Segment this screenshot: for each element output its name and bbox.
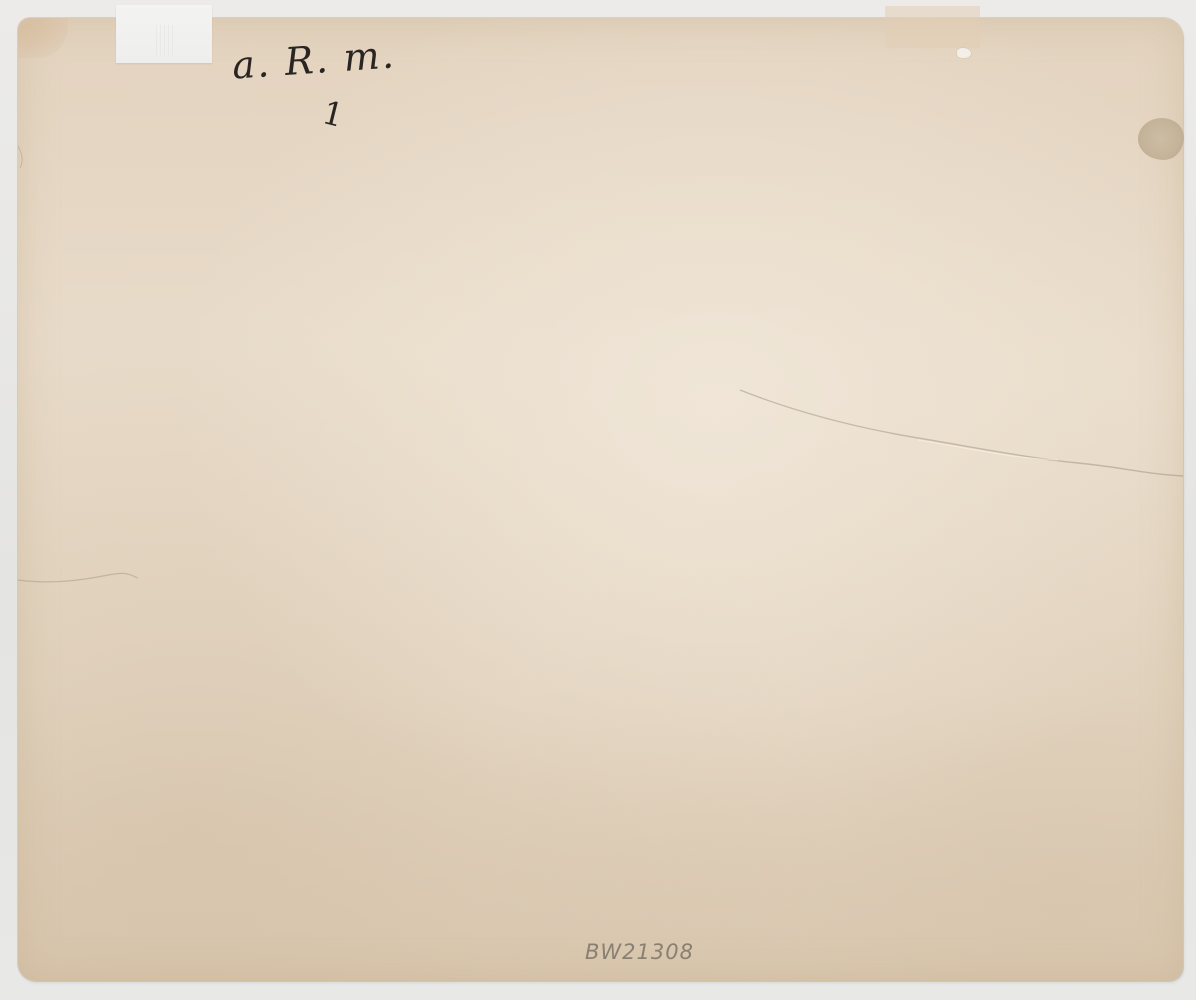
photo-mount-card [18,18,1183,981]
water-stain [1138,118,1184,160]
paper-chip-damage [957,48,971,58]
card-edge-discoloration [18,18,1183,981]
corner-wear [18,18,68,58]
white-hinge-tape [116,5,212,63]
removed-tape-residue [885,6,980,48]
crease-right [18,18,1183,981]
pencil-inventory-number: BW21308 [585,940,694,964]
